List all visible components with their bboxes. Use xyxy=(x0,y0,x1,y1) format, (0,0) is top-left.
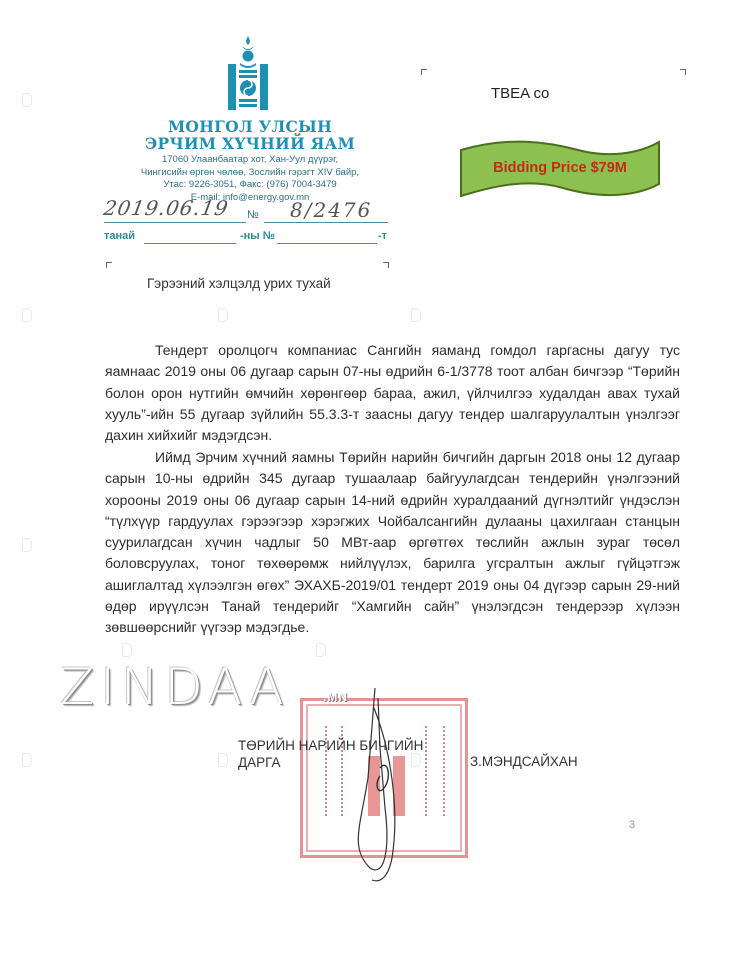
letter-subject: Гэрээний хэлцэлд урих тухай xyxy=(147,276,331,291)
yours-date-line xyxy=(144,243,236,244)
watermark-mark xyxy=(122,643,132,657)
soyombo-emblem-icon xyxy=(226,34,270,112)
stamp-script xyxy=(443,726,453,816)
corner-mark xyxy=(421,69,427,75)
handwritten-date: 2019.06.19 xyxy=(102,196,231,220)
number-underline xyxy=(264,222,388,223)
corner-mark xyxy=(680,69,686,75)
site-watermark-suffix: .MN xyxy=(323,690,348,704)
watermark-mark xyxy=(411,308,421,322)
watermark-mark xyxy=(218,753,228,767)
recipient: TBEA co xyxy=(491,85,549,102)
org-name: МОНГОЛ УЛСЫН ЭРЧИМ ХҮЧНИЙ ЯАМ xyxy=(140,118,360,152)
site-watermark: ZINDAA xyxy=(60,658,290,716)
watermark-mark xyxy=(316,643,326,657)
body-paragraph: Тендерт оролцогч компаниас Сангийн яаман… xyxy=(105,340,680,446)
corner-mark xyxy=(383,262,389,268)
page-mark: 3 xyxy=(629,819,635,831)
watermark-mark xyxy=(22,753,32,767)
date-underline xyxy=(104,222,246,223)
watermark-mark xyxy=(22,538,32,552)
handwritten-signature xyxy=(330,688,420,888)
yours-label: танай xyxy=(104,230,135,242)
watermark-mark xyxy=(22,308,32,322)
body-paragraph: Иймд Эрчим хүчний яамны Төрийн нарийн би… xyxy=(105,447,680,639)
stamp-script xyxy=(425,726,435,816)
yours-number-line xyxy=(277,243,377,244)
yours-suffix: -т xyxy=(378,230,387,242)
handwritten-number: 8/2476 xyxy=(290,198,372,222)
yours-no-label: -ны № xyxy=(240,230,275,242)
signer-name: З.МЭНДСАЙХАН xyxy=(470,754,578,769)
watermark-mark xyxy=(22,93,32,107)
corner-mark xyxy=(106,262,112,268)
number-label: № xyxy=(247,209,259,221)
watermark-mark xyxy=(218,308,228,322)
bidding-price-text: Bidding Price $79M xyxy=(458,160,662,176)
